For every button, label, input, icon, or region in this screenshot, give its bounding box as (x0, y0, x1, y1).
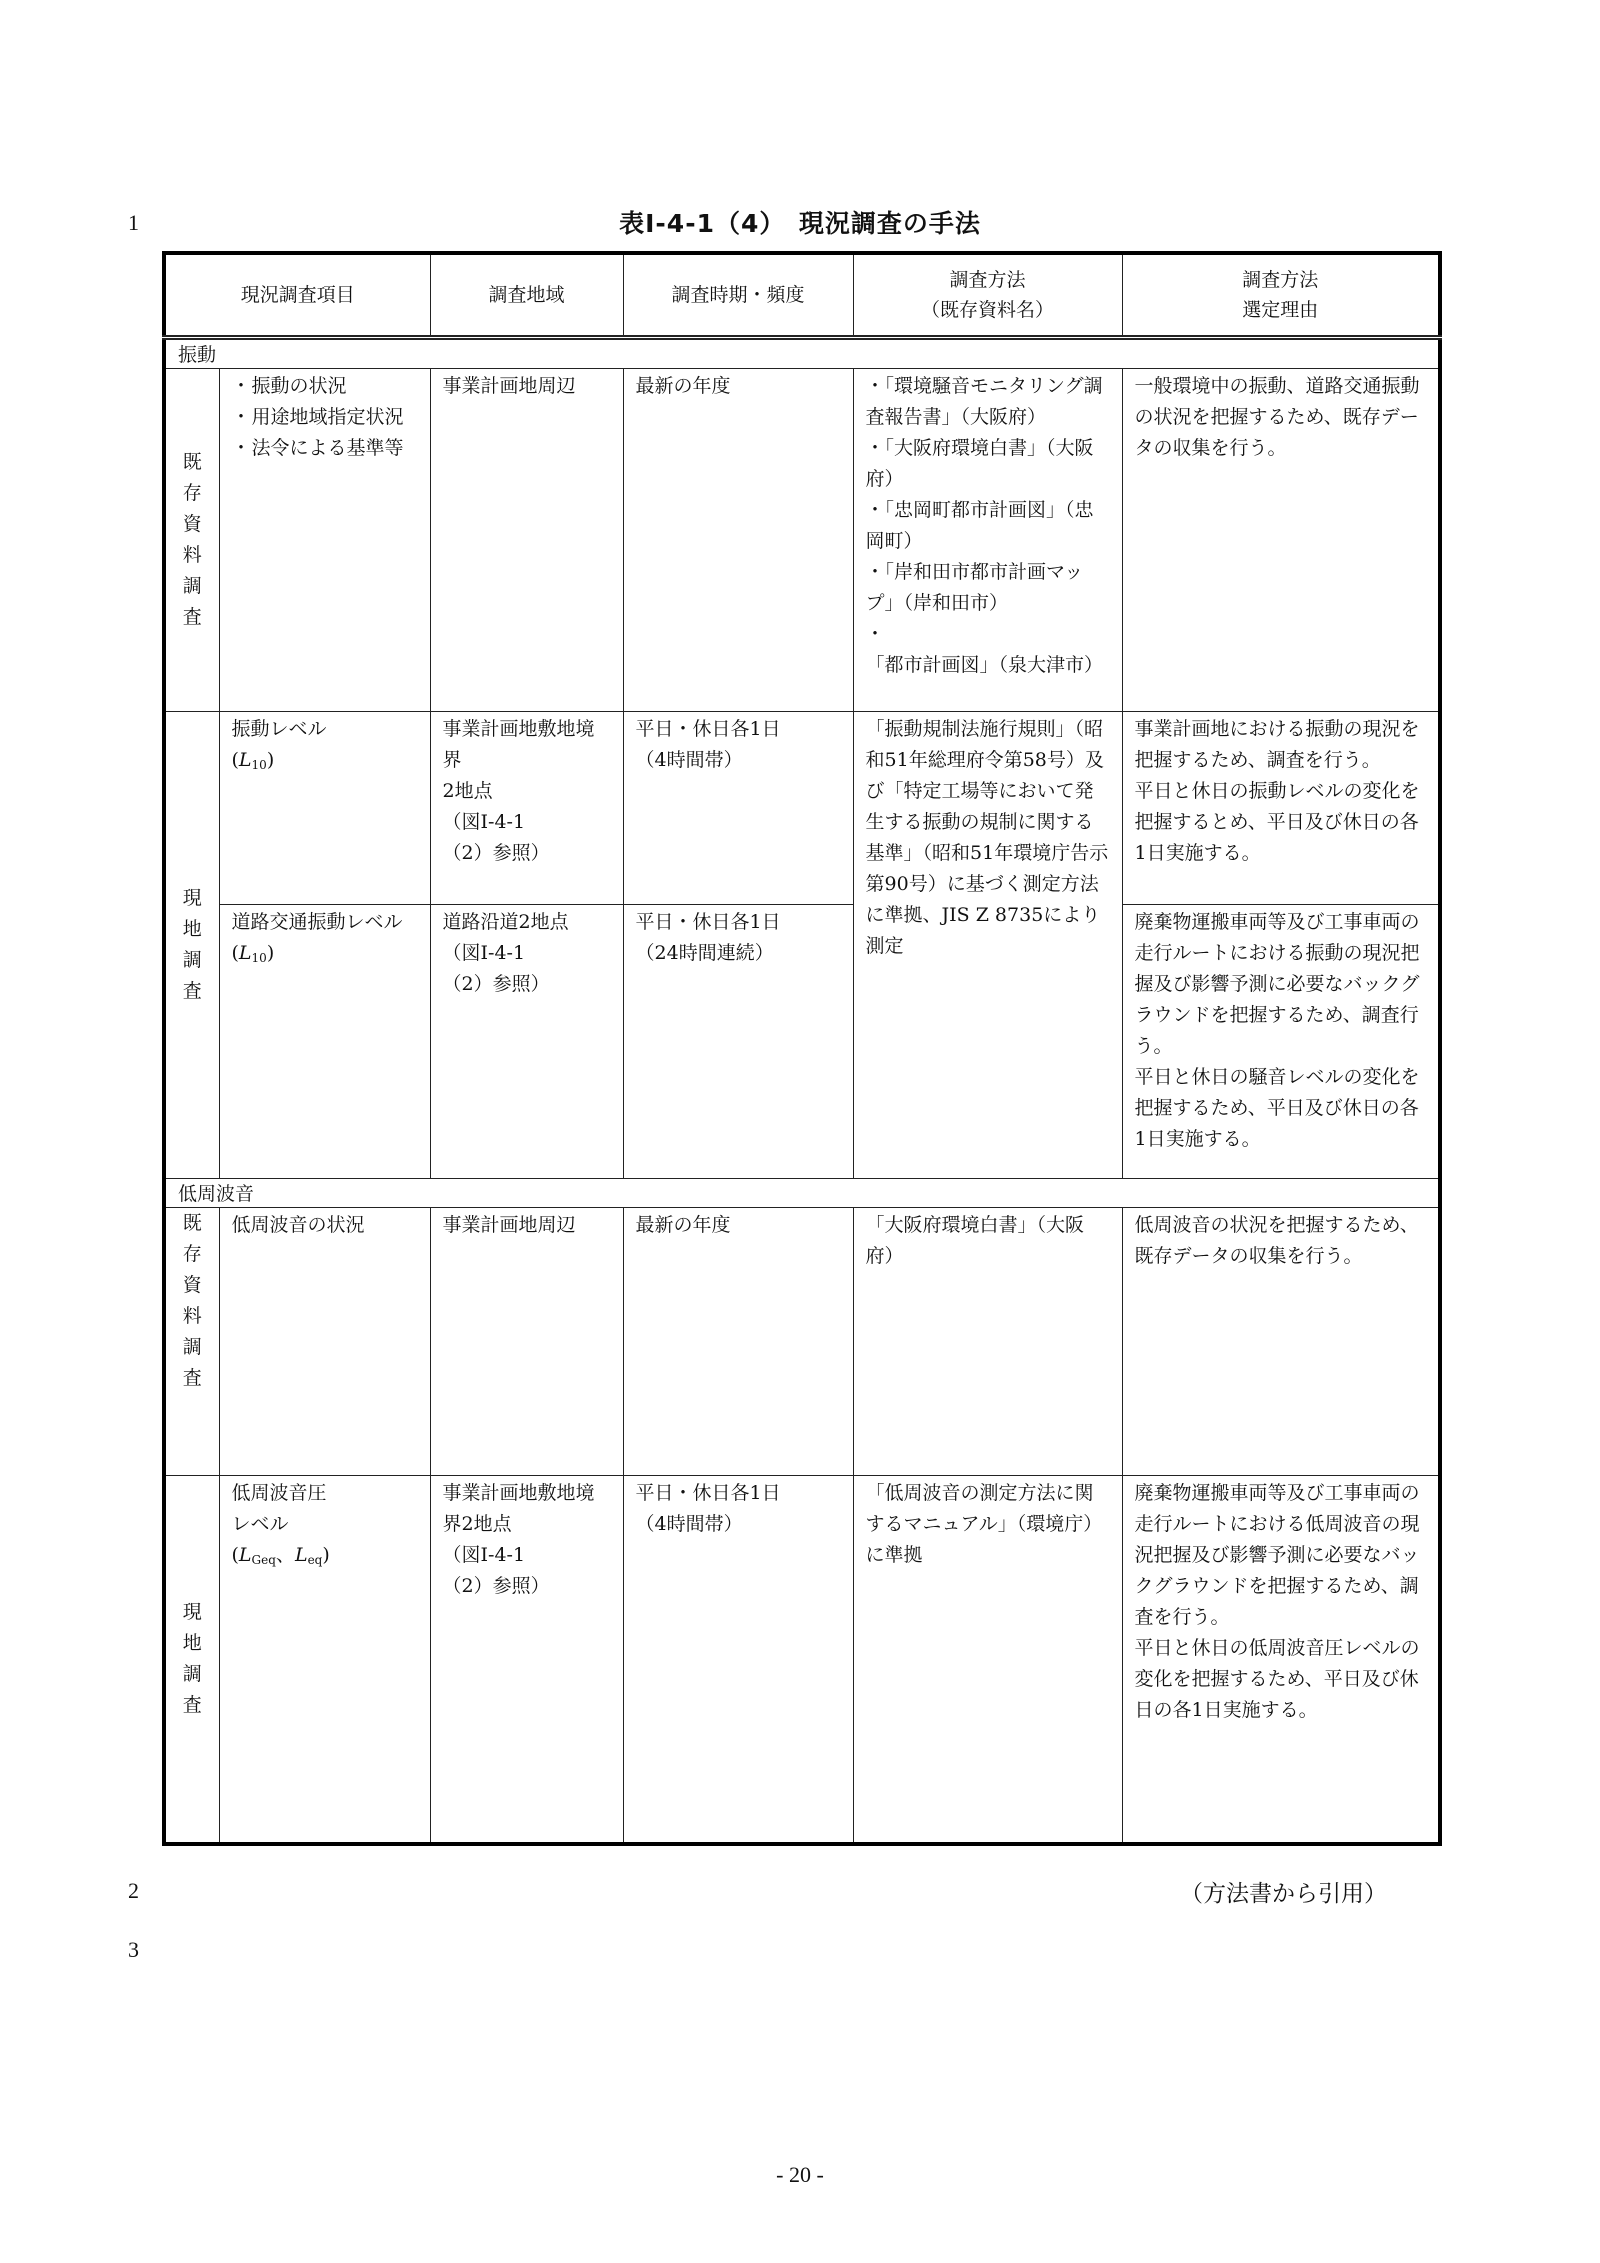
section-header-low-frequency: 低周波音 (164, 1179, 1440, 1208)
selection-reason: 事業計画地における振動の現況を把握するため、調査を行う。 平日と休日の振動レベル… (1122, 712, 1440, 905)
survey-area: 事業計画地周辺 (430, 369, 623, 712)
list-item: 「大阪府環境白書」（大阪府） (866, 433, 1112, 495)
header-row: 現況調査項目 調査地域 調査時期・頻度 調査方法 （既存資料名） 調査方法 選定… (164, 253, 1440, 338)
selection-reason: 一般環境中の振動、道路交通振動の状況を把握するため、既存データの収集を行う。 (1122, 369, 1440, 712)
category-existing-data: 既 存 資 料 調 査 (164, 1208, 219, 1476)
header-method: 調査方法 （既存資料名） (853, 253, 1122, 338)
survey-period: 最新の年度 (623, 369, 853, 712)
page-number: - 20 - (0, 2162, 1600, 2188)
category-field-survey: 現 地 調 査 (164, 1476, 219, 1844)
section-header-vibration: 振動 (164, 338, 1440, 369)
table-row: 既 存 資 料 調 査 低周波音の状況 事業計画地周辺 最新の年度 「大阪府環境… (164, 1208, 1440, 1476)
survey-method: 「低周波音の測定方法に関するマニュアル」（環境庁）に準拠 (853, 1476, 1122, 1844)
table-title: 表Ⅰ-4-1（4） 現況調査の手法 (0, 204, 1600, 240)
list-item: 「環境騒音モニタリング調査報告書」（大阪府） (866, 371, 1112, 433)
survey-item: 道路交通振動レベル (L10) (219, 905, 430, 1179)
survey-methods-table: 現況調査項目 調査地域 調査時期・頻度 調査方法 （既存資料名） 調査方法 選定… (162, 251, 1442, 1846)
table-row: 既 存 資 料 調 査 振動の状況 用途地域指定状況 法令による基準等 事業計画… (164, 369, 1440, 712)
table-row: 現 地 調 査 低周波音圧 レベル (LGeq、Leq) 事業計画地敷地境界2地… (164, 1476, 1440, 1844)
header-reason: 調査方法 選定理由 (1122, 253, 1440, 338)
survey-area: 事業計画地敷地境界 2地点 （図Ⅰ-4-1 （2）参照） (430, 712, 623, 905)
survey-items: 振動の状況 用途地域指定状況 法令による基準等 (219, 369, 430, 712)
survey-method: 「振動規制法施行規則」（昭和51年総理府令第58号）及び「特定工場等において発生… (853, 712, 1122, 1179)
survey-item: 低周波音圧 レベル (LGeq、Leq) (219, 1476, 430, 1844)
header-period: 調査時期・頻度 (623, 253, 853, 338)
survey-period: 平日・休日各1日 （24時間連続） (623, 905, 853, 1179)
table-row: 道路交通振動レベル (L10) 道路沿道2地点 （図Ⅰ-4-1 （2）参照） 平… (164, 905, 1440, 1179)
survey-item: 低周波音の状況 (219, 1208, 430, 1476)
survey-period: 最新の年度 (623, 1208, 853, 1476)
survey-period: 平日・休日各1日 （4時間帯） (623, 1476, 853, 1844)
header-area: 調査地域 (430, 253, 623, 338)
selection-reason: 廃棄物運搬車両等及び工事車両の走行ルートにおける振動の現況把握及び影響予測に必要… (1122, 905, 1440, 1179)
source-note: （方法書から引用） (1180, 1875, 1387, 1908)
list-item: 振動の状況 (232, 371, 420, 402)
category-existing-data: 既 存 資 料 調 査 (164, 369, 219, 712)
selection-reason: 廃棄物運搬車両等及び工事車両の走行ルートにおける低周波音の現況把握及び影響予測に… (1122, 1476, 1440, 1844)
survey-method: 「大阪府環境白書」（大阪府） (853, 1208, 1122, 1476)
survey-method: 「環境騒音モニタリング調査報告書」（大阪府） 「大阪府環境白書」（大阪府） 「忠… (853, 369, 1122, 712)
line-number-2: 2 (128, 1878, 139, 1904)
list-item: 「忠岡町都市計画図」（忠岡町） (866, 495, 1112, 557)
list-item: 「都市計画図」（泉大津市） (866, 619, 1112, 681)
survey-area: 事業計画地周辺 (430, 1208, 623, 1476)
selection-reason: 低周波音の状況を把握するため、既存データの収集を行う。 (1122, 1208, 1440, 1476)
category-field-survey: 現 地 調 査 (164, 712, 219, 1179)
header-item: 現況調査項目 (164, 253, 430, 338)
survey-period: 平日・休日各1日 （4時間帯） (623, 712, 853, 905)
list-item: 法令による基準等 (232, 433, 420, 464)
survey-item: 振動レベル (L10) (219, 712, 430, 905)
list-item: 用途地域指定状況 (232, 402, 420, 433)
line-number-3: 3 (128, 1937, 139, 1963)
survey-area: 事業計画地敷地境界2地点 （図Ⅰ-4-1 （2）参照） (430, 1476, 623, 1844)
table-row: 現 地 調 査 振動レベル (L10) 事業計画地敷地境界 2地点 （図Ⅰ-4-… (164, 712, 1440, 905)
list-item: 「岸和田市都市計画マップ」（岸和田市） (866, 557, 1112, 619)
survey-area: 道路沿道2地点 （図Ⅰ-4-1 （2）参照） (430, 905, 623, 1179)
